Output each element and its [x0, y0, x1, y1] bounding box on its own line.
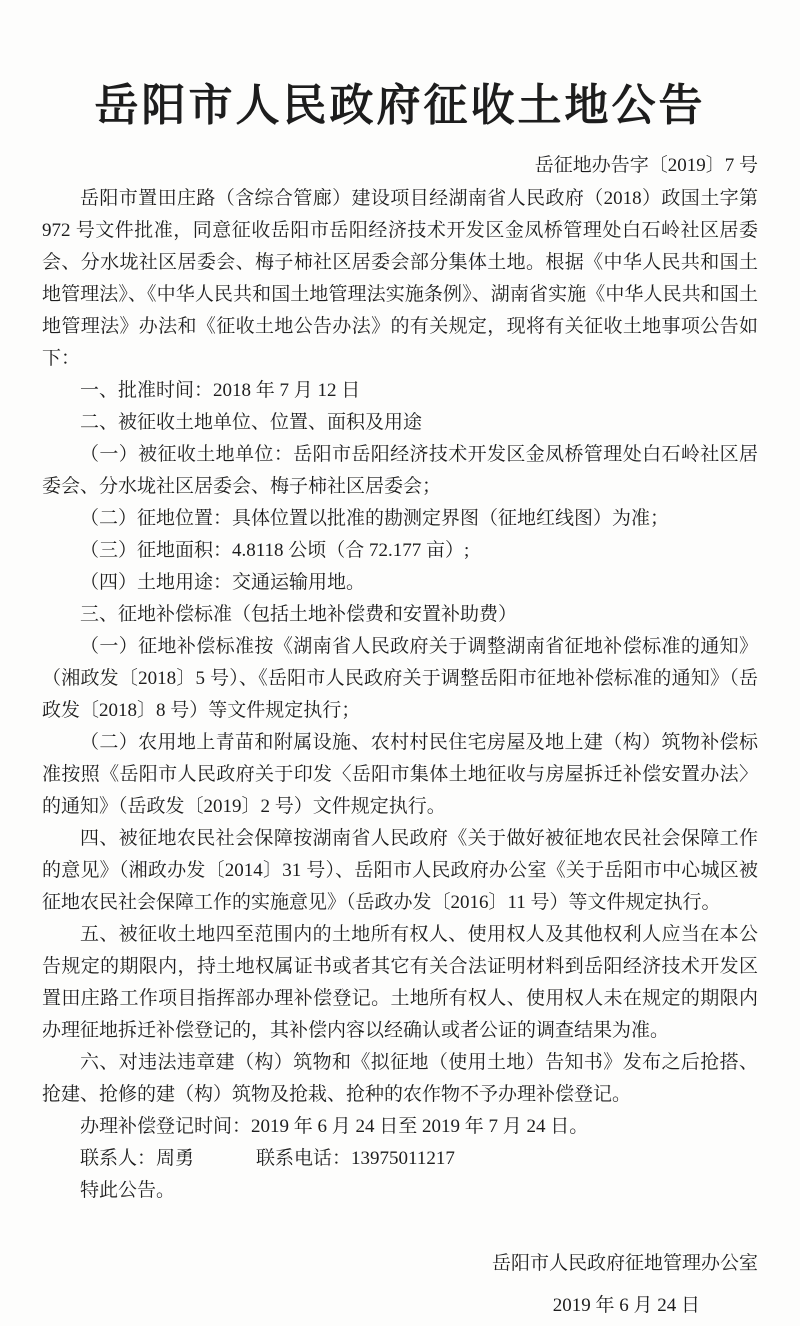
- item-compensation-standard: （一）征地补偿标准按《湖南省人民政府关于调整湖南省征地补偿标准的通知》（湘政发〔…: [42, 631, 758, 727]
- contact-person-name: 周勇: [156, 1148, 194, 1169]
- contact-person-label: 联系人：: [80, 1148, 156, 1169]
- item-structures-standard: （二）农用地上青苗和附属设施、农村村民住宅房屋及地上建（构）筑物补偿标准按照《岳…: [42, 727, 758, 823]
- announcement-page: 岳阳市人民政府征收土地公告 岳征地办告字〔2019〕7 号 岳阳市置田庄路（含综…: [0, 0, 800, 1326]
- page-title: 岳阳市人民政府征收土地公告: [42, 80, 758, 133]
- signature-block: 岳阳市人民政府征地管理办公室 2019 年 6 月 24 日: [42, 1243, 758, 1326]
- document-number: 岳征地办告字〔2019〕7 号: [42, 151, 758, 181]
- item-land-section-heading: 二、被征收土地单位、位置、面积及用途: [42, 407, 758, 439]
- item-approval-date: 一、批准时间：2018 年 7 月 12 日: [42, 375, 758, 407]
- item-illegal-structures: 六、对违法违章建（构）筑物和《拟征地（使用土地）告知书》发布之后抢搭、抢建、抢修…: [42, 1047, 758, 1111]
- contact-line: 联系人：周勇联系电话：13975011217: [42, 1143, 758, 1175]
- item-land-location: （二）征地位置：具体位置以批准的勘测定界图（征地红线图）为准；: [42, 503, 758, 535]
- contact-phone-label: 联系电话：: [256, 1148, 351, 1169]
- item-compensation-heading: 三、征地补偿标准（包括土地补偿费和安置补助费）: [42, 599, 758, 631]
- item-land-use: （四）土地用途：交通运输用地。: [42, 567, 758, 599]
- announcement-body: 岳阳市置田庄路（含综合管廊）建设项目经湖南省人民政府（2018）政国土字第 97…: [42, 183, 758, 1207]
- item-land-units: （一）被征收土地单位：岳阳市岳阳经济技术开发区金凤桥管理处白石岭社区居委会、分水…: [42, 439, 758, 503]
- issuing-office: 岳阳市人民政府征地管理办公室: [42, 1243, 758, 1285]
- contact-phone-number: 13975011217: [351, 1148, 455, 1169]
- item-registration-rules: 五、被征收土地四至范围内的土地所有权人、使用权人及其他权利人应当在本公告规定的期…: [42, 919, 758, 1047]
- registration-period: 办理补偿登记时间：2019 年 6 月 24 日至 2019 年 7 月 24 …: [42, 1111, 758, 1143]
- item-land-area: （三）征地面积：4.8118 公顷（合 72.177 亩）;: [42, 535, 758, 567]
- item-social-security: 四、被征地农民社会保障按湖南省人民政府《关于做好被征地农民社会保障工作的意见》（…: [42, 823, 758, 919]
- paragraph-intro: 岳阳市置田庄路（含综合管廊）建设项目经湖南省人民政府（2018）政国土字第 97…: [42, 183, 758, 375]
- issue-date: 2019 年 6 月 24 日: [42, 1285, 758, 1326]
- closing-line: 特此公告。: [42, 1175, 758, 1207]
